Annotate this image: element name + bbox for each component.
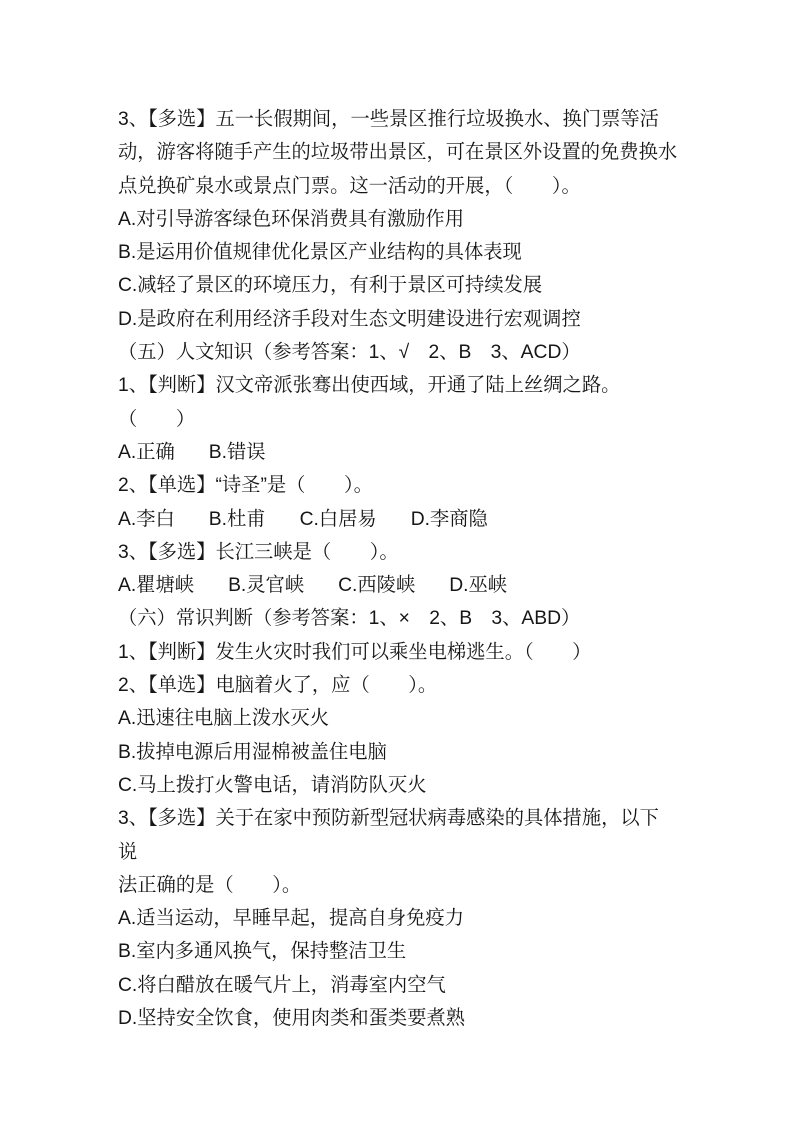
- option-item: A.瞿塘峡: [118, 569, 194, 602]
- text-line: C.减轻了景区的环境压力，有利于景区可持续发展: [118, 269, 678, 302]
- options-row: A.李白B.杜甫C.白居易D.李商隐: [118, 503, 678, 536]
- text-line: （ ）: [118, 403, 678, 436]
- option-item: B.错误: [209, 436, 266, 469]
- options-row: A.瞿塘峡B.灵官峡C.西陵峡D.巫峡: [118, 569, 678, 602]
- text-line: （五）人文知识（参考答案：1、√ 2、B 3、ACD）: [118, 336, 678, 369]
- option-item: C.西陵峡: [338, 569, 415, 602]
- text-line: A.对引导游客绿色环保消费具有激励作用: [118, 203, 678, 236]
- text-line: 动，游客将随手产生的垃圾带出景区，可在景区外设置的免费换水: [118, 136, 678, 169]
- text-line: C.马上拨打火警电话，请消防队灭火: [118, 769, 678, 802]
- text-line: （六）常识判断（参考答案：1、× 2、B 3、ABD）: [118, 602, 678, 635]
- option-item: D.巫峡: [449, 569, 507, 602]
- text-line: C.将白醋放在暖气片上，消毒室内空气: [118, 969, 678, 1002]
- text-line: 法正确的是（ ）。: [118, 869, 678, 902]
- text-line: A.适当运动，早睡早起，提高自身免疫力: [118, 902, 678, 935]
- option-item: A.正确: [118, 436, 175, 469]
- option-item: B.杜甫: [209, 503, 266, 536]
- text-line: B.室内多通风换气，保持整洁卫生: [118, 935, 678, 968]
- option-item: D.李商隐: [411, 503, 488, 536]
- text-line: D.坚持安全饮食，使用肉类和蛋类要煮熟: [118, 1002, 678, 1035]
- text-line: 3、【多选】五一长假期间，一些景区推行垃圾换水、换门票等活: [118, 103, 678, 136]
- text-line: 2、【单选】电脑着火了，应（ ）。: [118, 669, 678, 702]
- text-line: 3、【多选】长江三峡是（ ）。: [118, 536, 678, 569]
- text-line: B.拔掉电源后用湿棉被盖住电脑: [118, 736, 678, 769]
- text-line: 1、【判断】汉文帝派张骞出使西域，开通了陆上丝绸之路。: [118, 369, 678, 402]
- document-page: 3、【多选】五一长假期间，一些景区推行垃圾换水、换门票等活动，游客将随手产生的垃…: [0, 0, 793, 1122]
- option-item: A.李白: [118, 503, 175, 536]
- option-item: C.白居易: [300, 503, 377, 536]
- options-row: A.正确B.错误: [118, 436, 678, 469]
- text-line: B.是运用价值规律优化景区产业结构的具体表现: [118, 236, 678, 269]
- text-line: D.是政府在利用经济手段对生态文明建设进行宏观调控: [118, 303, 678, 336]
- text-line: 1、【判断】发生火灾时我们可以乘坐电梯逃生。（ ）: [118, 636, 678, 669]
- text-line: 2、【单选】“诗圣”是（ ）。: [118, 469, 678, 502]
- option-item: B.灵官峡: [228, 569, 304, 602]
- text-line: 3、【多选】关于在家中预防新型冠状病毒感染的具体措施，以下说: [118, 802, 678, 869]
- document-body: 3、【多选】五一长假期间，一些景区推行垃圾换水、换门票等活动，游客将随手产生的垃…: [118, 103, 678, 1035]
- text-line: 点兑换矿泉水或景点门票。这一活动的开展，（ ）。: [118, 170, 678, 203]
- text-line: A.迅速往电脑上泼水灭火: [118, 702, 678, 735]
